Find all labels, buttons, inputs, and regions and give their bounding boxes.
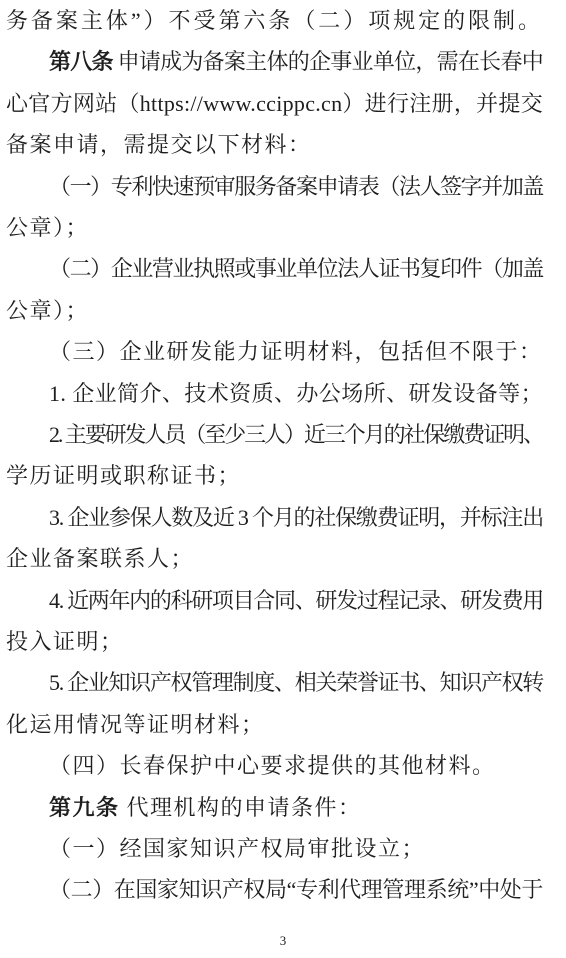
text-line: 公章）； (6, 207, 89, 248)
line-text: 3. 企业参保人数及近 3 个月的社保缴费证明，并标注出 (49, 505, 543, 530)
line-text: 4. 近两年内的科研项目合同、研发过程记录、研发费用 (49, 588, 543, 613)
document-body: 务备案主体”）不受第六条（二）项规定的限制。第八条 申请成为备案主体的企事业单位… (6, 0, 543, 920)
page-number: 3 (0, 932, 566, 949)
text-line: （一）专利快速预审服务备案申请表（法人签字并加盖 (49, 166, 543, 207)
text-line: （二）企业营业执照或事业单位法人证书复印件（加盖 (49, 248, 543, 289)
line-text: （二）在国家知识产权局“专利代理管理系统”中处于 (49, 877, 543, 902)
text-line: （一）经国家知识产权局审批设立； (49, 828, 425, 869)
line-text: （三）企业研发能力证明材料，包括但不限于： (49, 339, 543, 364)
line-text: （一）专利快速预审服务备案申请表（法人签字并加盖 (49, 174, 543, 199)
text-line: 公章）； (6, 290, 89, 331)
line-text: 化运用情况等证明材料； (6, 712, 265, 737)
line-text: 代理机构的申请条件： (120, 795, 362, 820)
article-number: 第九条 (49, 795, 120, 820)
line-text: 2. 主要研发人员（至少三人）近三个月的社保缴费证明、 (49, 422, 543, 447)
text-line: 第九条 代理机构的申请条件： (49, 787, 362, 828)
line-text: 投入证明； (6, 629, 124, 654)
line-text: （一）经国家知识产权局审批设立； (49, 836, 425, 861)
line-text: 公章）； (6, 215, 89, 240)
text-line: 备案申请，需提交以下材料： (6, 124, 312, 165)
line-text: 5. 企业知识产权管理制度、相关荣誉证书、知识产权转 (49, 670, 543, 695)
line-text: 学历证明或职称证书； (6, 463, 241, 488)
document-page: 务备案主体”）不受第六条（二）项规定的限制。第八条 申请成为备案主体的企事业单位… (0, 0, 566, 958)
text-line: （三）企业研发能力证明材料，包括但不限于： (49, 331, 543, 372)
text-line: 投入证明； (6, 621, 124, 662)
article-number: 第八条 (49, 49, 113, 74)
text-line: （二）在国家知识产权局“专利代理管理系统”中处于 (49, 869, 543, 910)
text-line: 3. 企业参保人数及近 3 个月的社保缴费证明，并标注出 (49, 497, 543, 538)
text-line: 5. 企业知识产权管理制度、相关荣誉证书、知识产权转 (49, 662, 543, 703)
line-text: 务备案主体”）不受第六条（二）项规定的限制。 (6, 8, 543, 33)
text-line: 1. 企业简介、技术资质、办公场所、研发设备等； (49, 373, 543, 414)
line-text: 企业备案联系人； (6, 546, 194, 571)
text-line: 学历证明或职称证书； (6, 455, 241, 496)
text-line: 企业备案联系人； (6, 538, 194, 579)
text-line: 4. 近两年内的科研项目合同、研发过程记录、研发费用 (49, 580, 543, 621)
text-line: 心官方网站（https://www.ccippc.cn）进行注册，并提交 (6, 83, 543, 124)
text-line: 第八条 申请成为备案主体的企事业单位，需在长春中 (49, 41, 543, 82)
text-line: 化运用情况等证明材料； (6, 704, 265, 745)
line-text: （四）长春保护中心要求提供的其他材料。 (49, 753, 496, 778)
line-text: 公章）； (6, 298, 89, 323)
text-line: （四）长春保护中心要求提供的其他材料。 (49, 745, 496, 786)
text-line: 2. 主要研发人员（至少三人）近三个月的社保缴费证明、 (49, 414, 543, 455)
line-text: 申请成为备案主体的企事业单位，需在长春中 (113, 49, 543, 74)
line-text: 备案申请，需提交以下材料： (6, 132, 312, 157)
line-text: 心官方网站（https://www.ccippc.cn）进行注册，并提交 (6, 91, 543, 116)
line-text: （二）企业营业执照或事业单位法人证书复印件（加盖 (49, 256, 543, 281)
line-text: 1. 企业简介、技术资质、办公场所、研发设备等； (49, 381, 543, 406)
text-line: 务备案主体”）不受第六条（二）项规定的限制。 (6, 0, 543, 41)
